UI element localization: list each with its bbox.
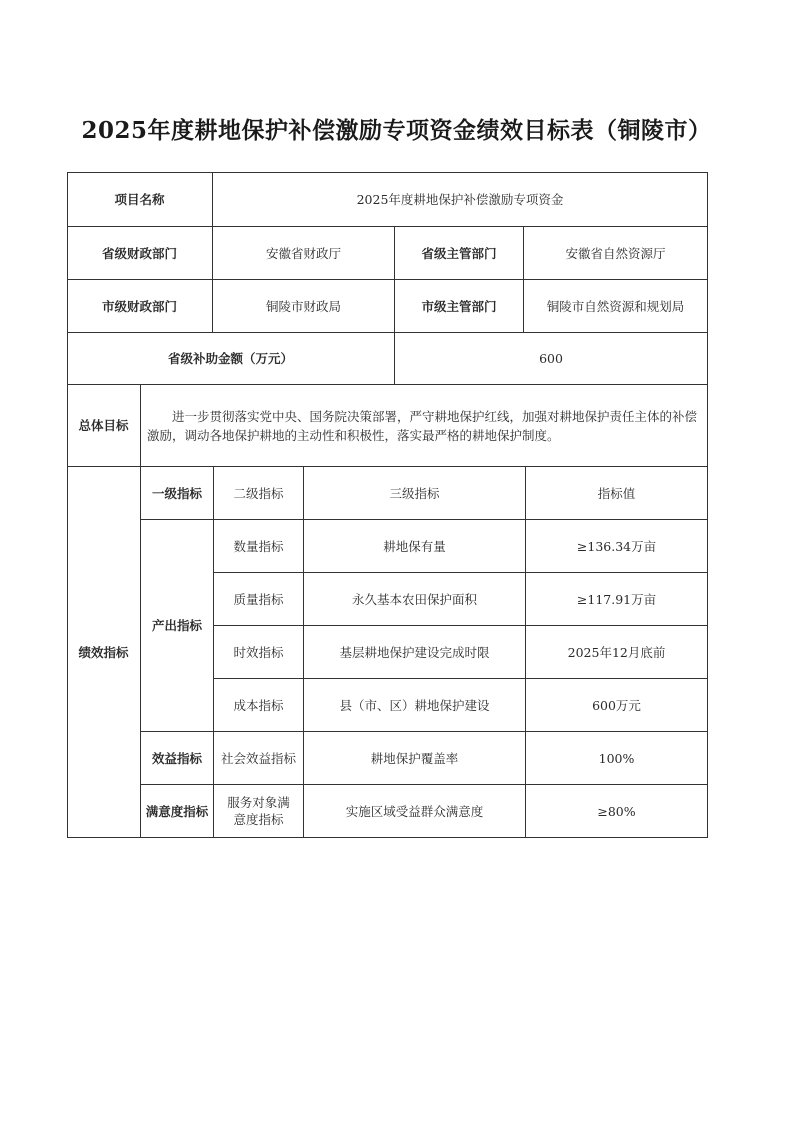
goal-text: 进一步贯彻落实党中央、国务院决策部署，严守耕地保护红线，加强对耕地保护责任主体的… [147,407,699,445]
row-satisfaction-value: ≥80% [526,785,708,838]
row-cost-level3: 县（市、区）耕地保护建设 [304,679,526,732]
subsidy-value: 600 [395,333,708,385]
city-finance-value: 铜陵市财政局 [213,280,395,333]
row-timeliness-value: 2025年12月底前 [526,626,708,679]
prov-authority-label: 省级主管部门 [395,227,524,280]
row-cost-value: 600万元 [526,679,708,732]
row-timeliness-level3: 基层耕地保护建设完成时限 [304,626,526,679]
subsidy-label: 省级补助金额（万元） [67,333,395,385]
row-satisfaction-level3: 实施区域受益群众满意度 [304,785,526,838]
header-value: 指标值 [526,467,708,520]
row-quantity-level3: 耕地保有量 [304,520,526,573]
header-level1: 一级指标 [141,467,214,520]
city-finance-label: 市级财政部门 [67,280,213,333]
row-social-value: 100% [526,732,708,785]
row-social-level2: 社会效益指标 [214,732,304,785]
prov-finance-label: 省级财政部门 [67,227,213,280]
header-level2: 二级指标 [214,467,304,520]
perf-label: 绩效指标 [67,467,141,838]
goal-label: 总体目标 [67,385,141,467]
row-social-level3: 耕地保护覆盖率 [304,732,526,785]
prov-finance-value: 安徽省财政厅 [213,227,395,280]
city-authority-label: 市级主管部门 [395,280,524,333]
row-quality-level2: 质量指标 [214,573,304,626]
row-timeliness-level2: 时效指标 [214,626,304,679]
row-satisfaction-level2: 服务对象满意度指标 [214,785,304,838]
row-quantity-level2: 数量指标 [214,520,304,573]
document-title: 2025年度耕地保护补偿激励专项资金绩效目标表（铜陵市） [0,112,793,145]
project-name-label: 项目名称 [67,172,213,227]
row-quality-level3: 永久基本农田保护面积 [304,573,526,626]
row-quality-value: ≥117.91万亩 [526,573,708,626]
header-level3: 三级指标 [304,467,526,520]
prov-authority-value: 安徽省自然资源厅 [524,227,708,280]
group-satisfaction-label: 满意度指标 [141,785,214,838]
row-cost-level2: 成本指标 [214,679,304,732]
city-authority-value: 铜陵市自然资源和规划局 [524,280,708,333]
group-benefit-label: 效益指标 [141,732,214,785]
project-name-value: 2025年度耕地保护补偿激励专项资金 [213,172,708,227]
goal-text-cell: 进一步贯彻落实党中央、国务院决策部署，严守耕地保护红线，加强对耕地保护责任主体的… [141,385,708,467]
row-quantity-value: ≥136.34万亩 [526,520,708,573]
group-output-label: 产出指标 [141,520,214,732]
